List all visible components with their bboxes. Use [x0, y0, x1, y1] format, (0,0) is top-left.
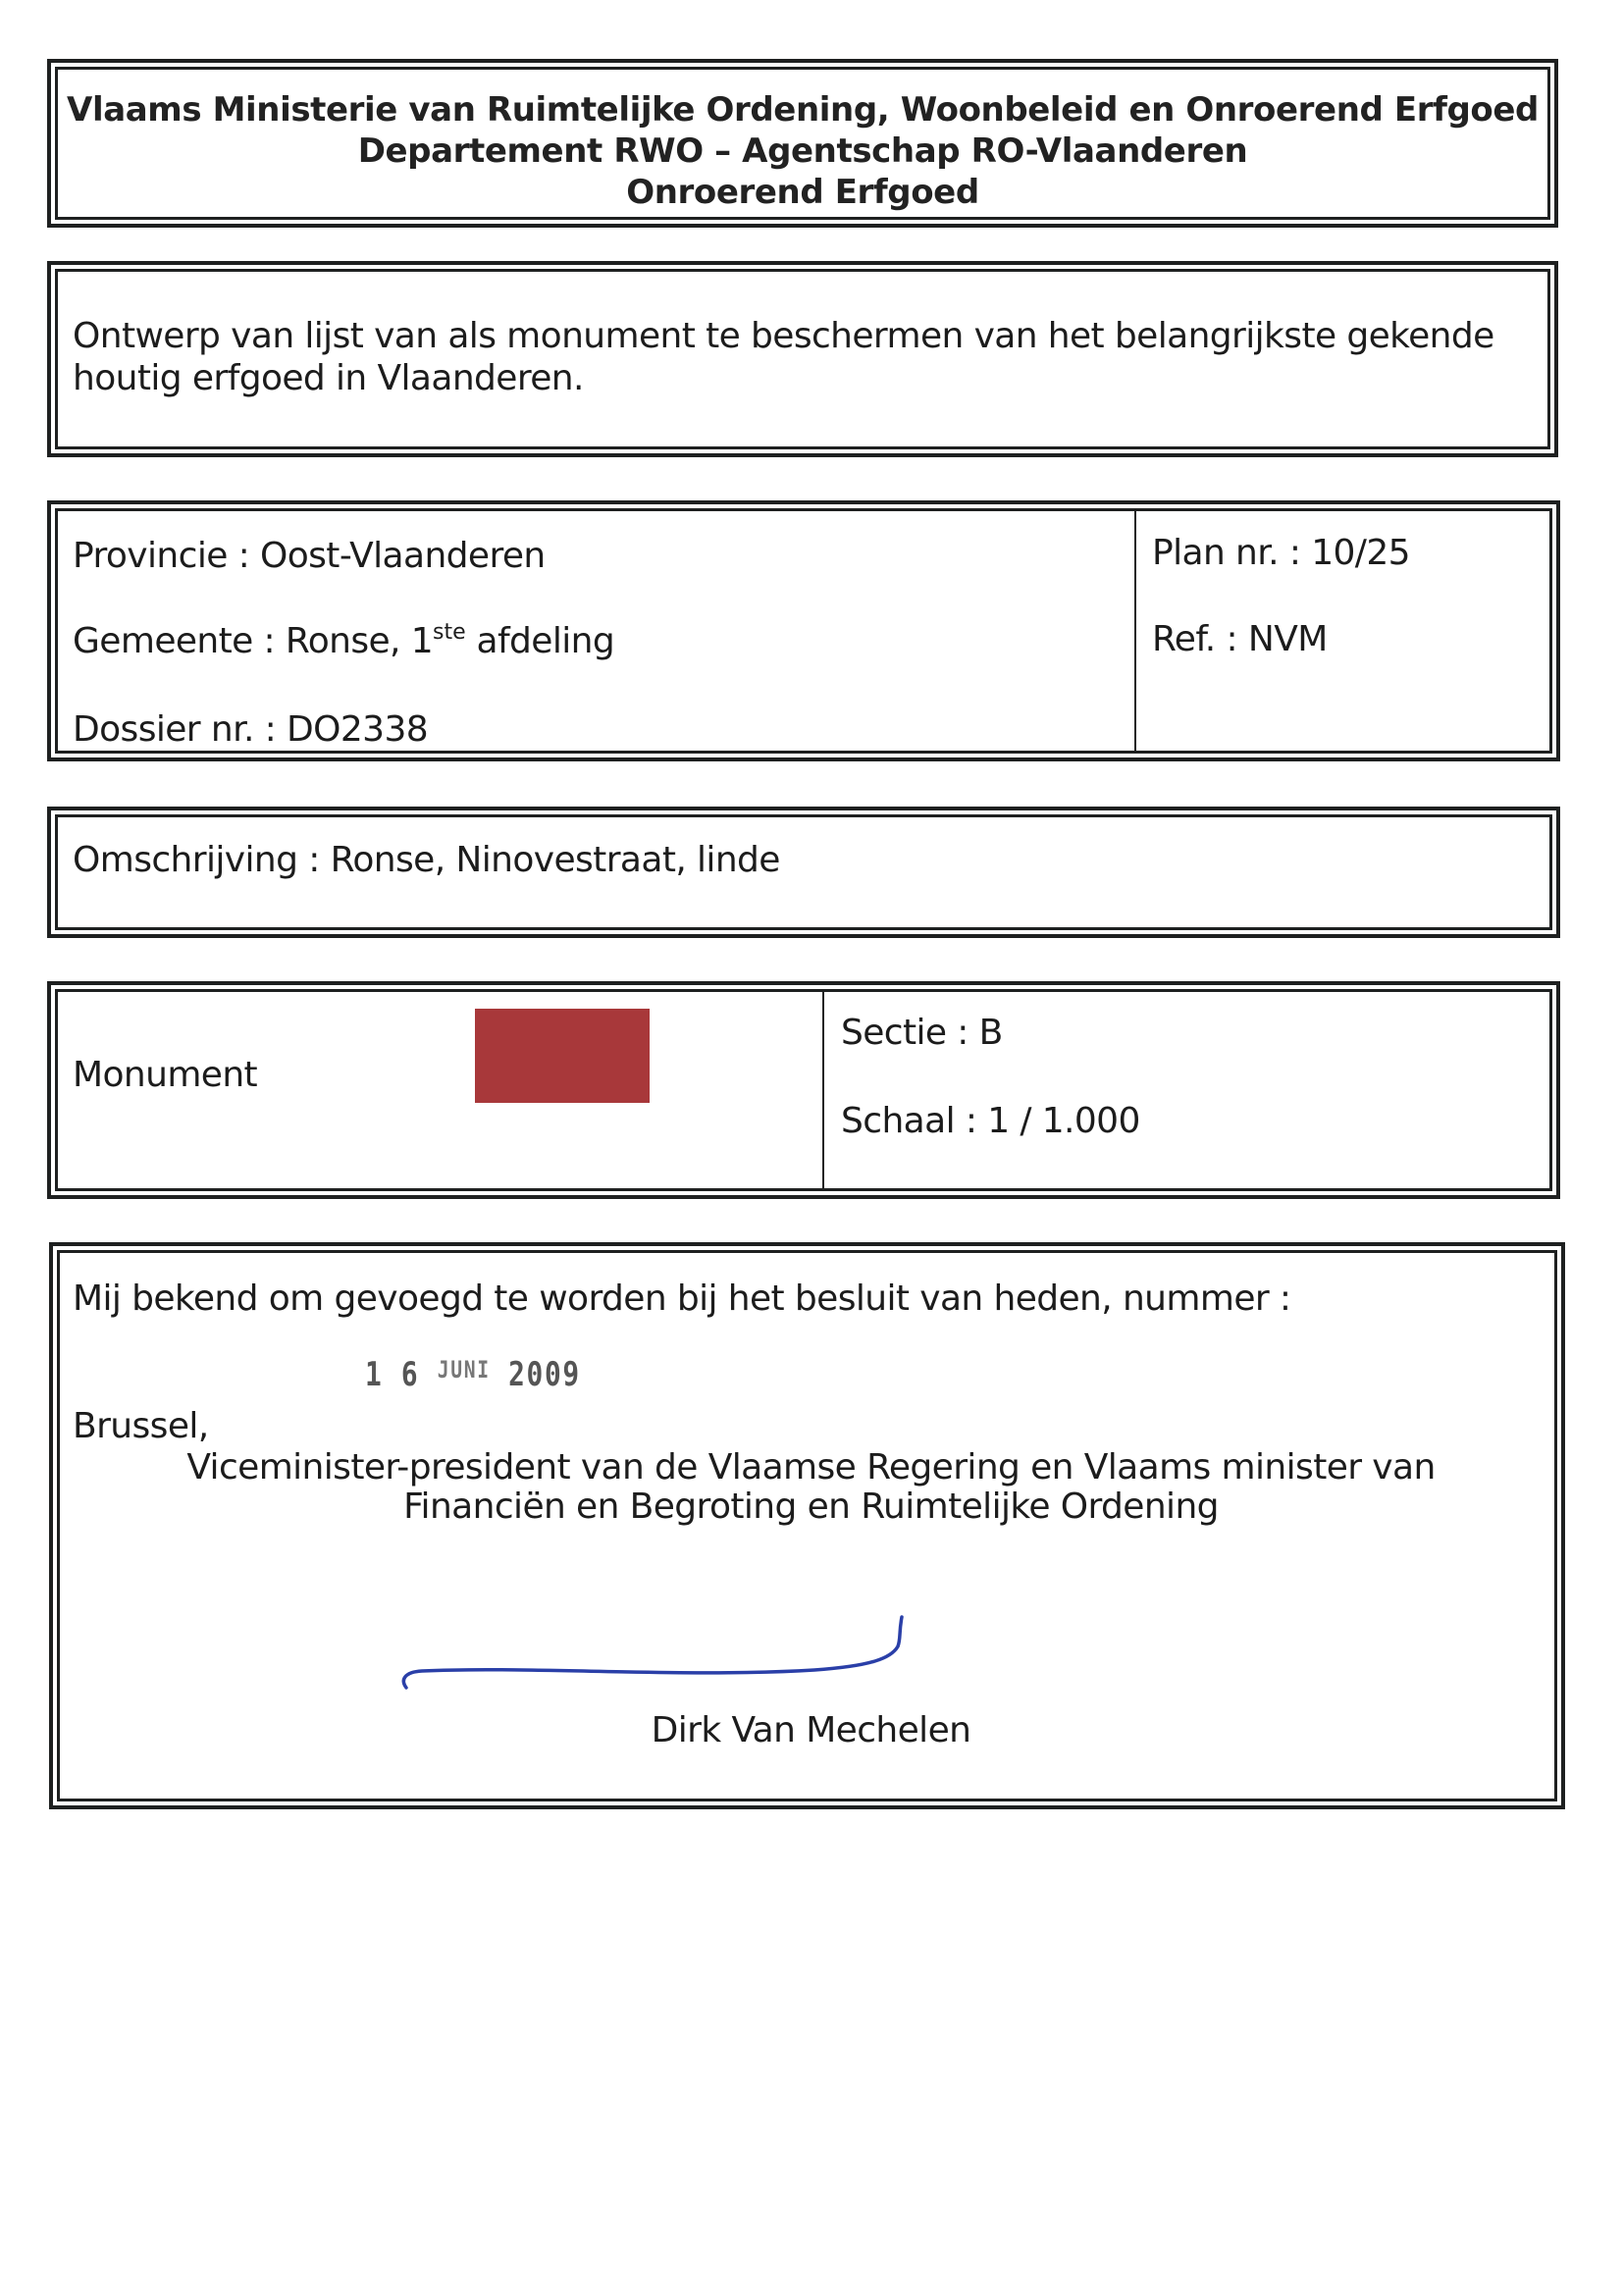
description-text: Omschrijving : Ronse, Ninovestraat, lind…	[73, 843, 780, 878]
stamp-year: 2009	[508, 1355, 581, 1394]
gemeente-ordinal: ste	[433, 620, 466, 645]
gemeente-suffix: afdeling	[466, 621, 614, 661]
signature-box: Mij bekend om gevoegd te worden bij het …	[49, 1242, 1565, 1809]
monument-color-swatch	[475, 1009, 650, 1103]
legend-column-divider	[822, 992, 824, 1188]
legend-box: Monument Sectie : B Schaal : 1 / 1.000	[47, 981, 1560, 1199]
gemeente-field: Gemeente : Ronse, 1ste afdeling	[73, 624, 614, 659]
sectie-field: Sectie : B	[841, 1016, 1003, 1051]
provincie-field: Provincie : Oost-Vlaanderen	[73, 539, 546, 574]
signatory-role-line-2: Financiën en Begroting en Ruimtelijke Or…	[53, 1489, 1569, 1525]
gemeente-prefix: Gemeente : Ronse, 1	[73, 621, 433, 661]
dossier-number: Dossier nr. : DO2338	[73, 712, 428, 748]
document-title-line-1: Ontwerp van lijst van als monument te be…	[73, 319, 1494, 354]
header-box: Vlaams Ministerie van Ruimtelijke Ordeni…	[47, 59, 1558, 228]
handwritten-signature	[393, 1609, 922, 1697]
stamp-month: JUNI	[438, 1356, 491, 1383]
signatory-name: Dirk Van Mechelen	[53, 1713, 1569, 1748]
schaal-field: Schaal : 1 / 1.000	[841, 1104, 1140, 1139]
plan-number: Plan nr. : 10/25	[1152, 536, 1410, 571]
signatory-role-line-1: Viceminister-president van de Vlaamse Re…	[53, 1450, 1569, 1486]
document-title-box: Ontwerp van lijst van als monument te be…	[47, 261, 1558, 457]
location-column-divider	[1134, 511, 1136, 751]
agency-name: Onroerend Erfgoed	[51, 176, 1554, 209]
ministry-name: Vlaams Ministerie van Ruimtelijke Ordeni…	[51, 93, 1554, 127]
place-text: Brussel,	[73, 1409, 209, 1444]
legend-box-inner-border	[55, 989, 1552, 1191]
department-name: Departement RWO – Agentschap RO-Vlaander…	[51, 134, 1554, 168]
acknowledgement-text: Mij bekend om gevoegd te worden bij het …	[73, 1281, 1290, 1317]
date-stamp: 1 6 JUNI 2009	[365, 1358, 581, 1391]
reference: Ref. : NVM	[1152, 622, 1328, 657]
stamp-day: 1 6	[365, 1355, 419, 1394]
description-box: Omschrijving : Ronse, Ninovestraat, lind…	[47, 807, 1560, 938]
location-box: Provincie : Oost-Vlaanderen Gemeente : R…	[47, 500, 1560, 761]
legend-label-monument: Monument	[73, 1058, 257, 1093]
document-title-line-2: houtig erfgoed in Vlaanderen.	[73, 361, 584, 396]
